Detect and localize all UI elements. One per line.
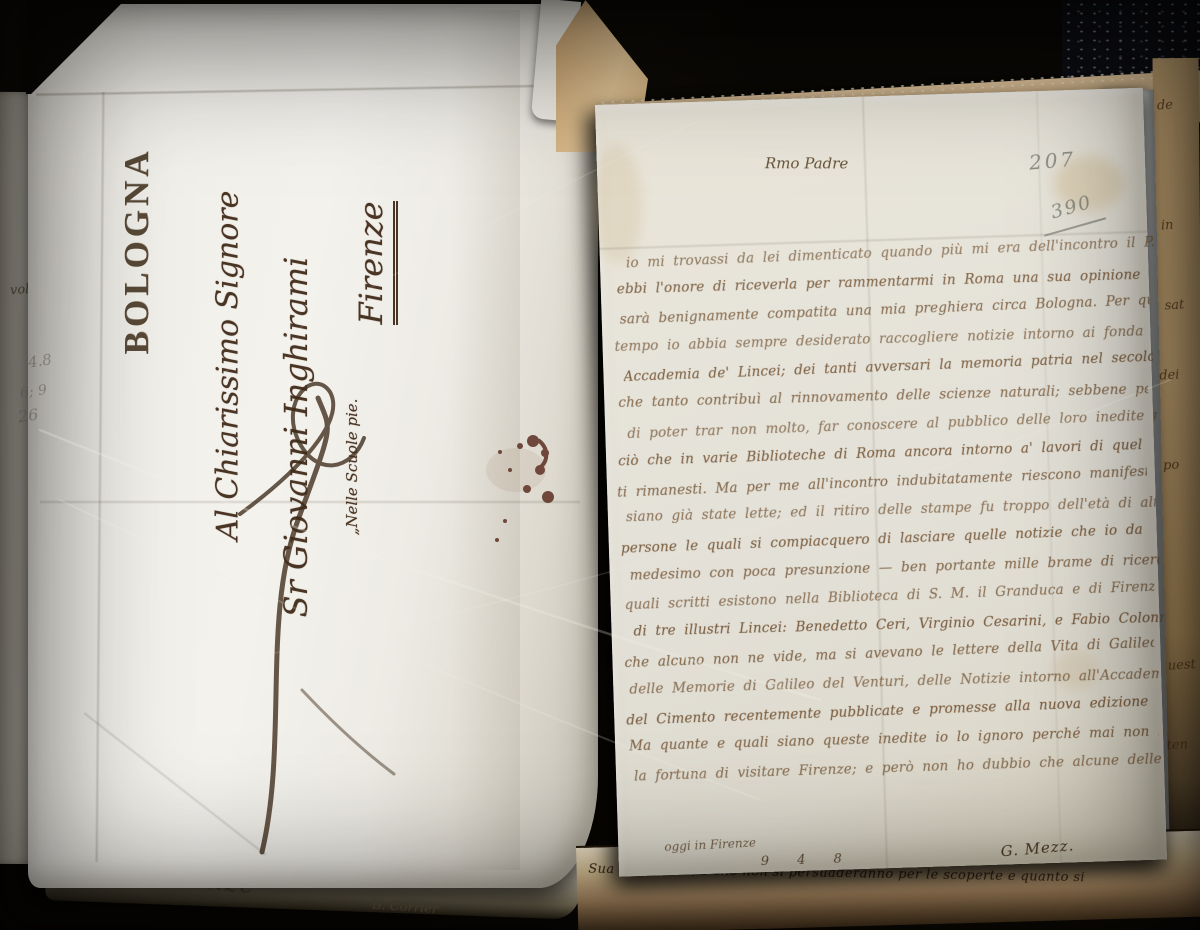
right-edge-fragment: in bbox=[1161, 218, 1174, 234]
right-edge-fragment: po bbox=[1163, 458, 1180, 474]
right-edge-fragment: sat bbox=[1164, 297, 1185, 313]
right-letter-page: 207 390 Rmo Padre io mi trovassi da lei … bbox=[595, 88, 1167, 877]
pencil-number-bottom: 390 bbox=[1048, 191, 1095, 224]
right-edge-fragment: de bbox=[1156, 98, 1173, 114]
handwriting-line: siano già state lette; ed il ritiro dell… bbox=[626, 496, 1156, 526]
right-edge-fragment: dei bbox=[1159, 367, 1180, 383]
handwriting-line: che tanto contribuì al rinnovamento dell… bbox=[618, 382, 1148, 411]
address-line-3: „Nelle Scuole pie. bbox=[343, 377, 361, 557]
handwriting-line: ti rimanesti. Ma per me all'incontro ind… bbox=[617, 464, 1147, 500]
pencil-mark: 4.8 bbox=[27, 350, 53, 371]
address-line-2: Sr Giovanni Inghirami bbox=[277, 222, 315, 652]
handwriting-line: sarà benignamente compatita una mia preg… bbox=[620, 293, 1150, 327]
pencil-number-top: 207 bbox=[1028, 147, 1077, 175]
handwriting-line: delle Memorie di Galileo del Venturi, de… bbox=[629, 667, 1159, 698]
signature: G. Mezz. bbox=[1000, 836, 1075, 860]
salutation: Rmo Padre bbox=[765, 154, 848, 172]
handwriting-line: tempo io abbia sempre desiderato raccogl… bbox=[614, 324, 1144, 355]
handwriting-line: ciò che in varie Biblioteche di Roma anc… bbox=[618, 438, 1148, 470]
handwriting-line: la fortuna di visitare Firenze; e però n… bbox=[634, 752, 1164, 785]
right-edge-fragment: uest bbox=[1167, 657, 1196, 674]
handwriting-line: ebbi l'onore di riceverla per rammentarm… bbox=[617, 267, 1147, 297]
archival-photo: volere Firenze B. Corrier BOLOGNA Al Chi… bbox=[0, 0, 1200, 930]
fold-shading bbox=[450, 10, 520, 870]
handwriting-line: di poter trar non molto, far conoscere a… bbox=[627, 408, 1157, 441]
closing-fragment: oggi in Firenze bbox=[664, 836, 756, 854]
address-line-1: Al Chiarissimo Signore bbox=[211, 156, 246, 576]
closing-digits: 9 4 8 bbox=[761, 851, 855, 869]
handwriting-line: Accademia de' Lincei; dei tanti avversar… bbox=[623, 350, 1153, 385]
handwriting-line: persone le quali si compiacquero di lasc… bbox=[621, 522, 1151, 556]
postmark-stamp: BOLOGNA bbox=[117, 141, 157, 361]
address-city: Firenze bbox=[352, 143, 390, 383]
handwriting-line: del Cimento recentemente pubblicate e pr… bbox=[626, 694, 1156, 728]
handwriting-line: medesimo con poca presunzione — ben port… bbox=[630, 553, 1160, 584]
handwriting-line: di tre illustri Lincei: Benedetto Ceri, … bbox=[633, 611, 1163, 640]
pencil-mark: 26 bbox=[17, 405, 40, 427]
handwriting-line: quali scritti esistono nella Biblioteca … bbox=[624, 580, 1154, 613]
address-city-text: Firenze bbox=[352, 201, 398, 324]
handwriting-line: Ma quante e quali siano queste inedite i… bbox=[629, 725, 1159, 755]
